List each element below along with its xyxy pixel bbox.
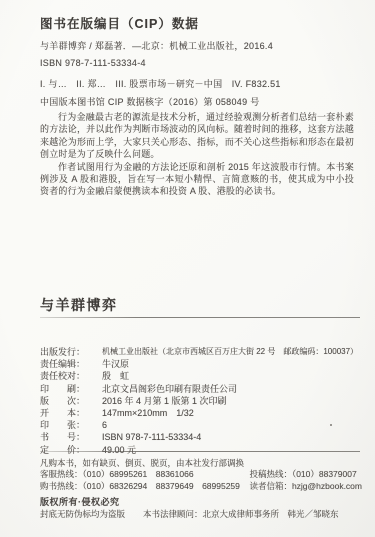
abstract-paragraph-2: 作者试图用行为金融的方法论还原和剖析 2015 年这波股市行情。本书案例涉及 A…	[40, 161, 354, 198]
hotlines-left-column: 客服热线：（010）68995261 88361066 购书热线：（010）68…	[40, 469, 240, 492]
colophon-row-sheets: 印 张： 6	[40, 419, 362, 431]
colophon-row-printer: 印 刷： 北京文昌阁彩色印刷有限责任公司	[40, 383, 362, 395]
colophon-value: 49.00 元	[102, 444, 362, 456]
notice-divider-rule	[40, 451, 360, 452]
submission-hotline: 投稿热线：（010）88379007	[249, 469, 362, 481]
abstract: 行为金融最古老的源流是技术分析，通过经验观测分析者们总结一套朴素的方法论，并以此…	[40, 111, 354, 198]
colophon-label: 责任校对：	[40, 370, 102, 382]
purchase-hotline: 购书热线：（010）68326294 88379649 68995259	[40, 481, 240, 493]
colophon-value: 殷 虹	[102, 370, 362, 382]
cip-heading: 图书在版编目（CIP）数据	[40, 14, 199, 32]
colophon-label: 开 本：	[40, 407, 102, 419]
colophon-label: 责任编辑：	[40, 358, 102, 370]
legal-line: 封底无防伪标均为盗版 本书法律顾问：北京大成律师事务所 韩光／邹晓东	[40, 508, 362, 520]
colophon-label: 印 刷：	[40, 383, 102, 395]
scan-speck	[330, 424, 332, 426]
colophon-value: 机械工业出版社（北京市西城区百万庄大街 22 号 邮政编码：100037）	[102, 346, 362, 358]
colophon-label: 出版发行：	[40, 346, 102, 358]
colophon-label: 定 价：	[40, 444, 102, 456]
reader-email: 读者信箱：hzjg@hzbook.com	[249, 481, 362, 493]
hotlines-right-column: 投稿热线：（010）88379007 读者信箱：hzjg@hzbook.com	[249, 469, 362, 492]
cip-entry: 与羊群博弈 / 郑磊著．—北京：机械工业出版社，2016.4	[40, 39, 273, 52]
copyright-notice: 版权所有·侵权必究	[40, 495, 120, 508]
colophon-value: 6	[102, 419, 362, 431]
classification-line: I. 与… II. 郑… III. 股票市场－研究－中国 IV. F832.51	[40, 77, 281, 90]
cip-record-line: 中国版本图书馆 CIP 数据核字（2016）第 058049 号	[40, 95, 260, 108]
book-copyright-page: 图书在版编目（CIP）数据 与羊群博弈 / 郑磊著．—北京：机械工业出版社，20…	[0, 0, 375, 537]
colophon-value: 147mm×210mm 1/32	[102, 407, 362, 419]
colophon-value: 北京文昌阁彩色印刷有限责任公司	[102, 383, 362, 395]
service-hotline: 客服热线：（010）68995261 88361066	[40, 469, 240, 481]
colophon-row-format: 开 本： 147mm×210mm 1/32	[40, 407, 362, 419]
anti-piracy-notice: 封底无防伪标均为盗版	[40, 508, 125, 520]
colophon-row-edition: 版 次： 2016 年 4 月第 1 版第 1 次印刷	[40, 395, 362, 407]
book-title: 与羊群博弈	[40, 295, 118, 315]
colophon-row-editor: 责任编辑： 牛汉原	[40, 358, 362, 370]
title-divider-rule	[40, 317, 360, 318]
colophon-label: 印 张：	[40, 419, 102, 431]
colophon-value: ISBN 978-7-111-53334-4	[102, 431, 362, 443]
hotlines: 客服热线：（010）68995261 88361066 购书热线：（010）68…	[40, 469, 362, 492]
abstract-paragraph-1: 行为金融最古老的源流是技术分析，通过经验观测分析者们总结一套朴素的方法论，并以此…	[40, 111, 354, 161]
colophon-label: 版 次：	[40, 395, 102, 407]
colophon-value: 牛汉原	[102, 358, 362, 370]
colophon-value: 2016 年 4 月第 1 版第 1 次印刷	[102, 395, 362, 407]
return-notice: 凡购本书，如有缺页、倒页、脱页，由本社发行部调换	[40, 457, 244, 469]
colophon-row-proofreader: 责任校对： 殷 虹	[40, 370, 362, 382]
colophon: 出版发行： 机械工业出版社（北京市西城区百万庄大街 22 号 邮政编码：1000…	[40, 346, 362, 456]
colophon-row-publisher: 出版发行： 机械工业出版社（北京市西城区百万庄大街 22 号 邮政编码：1000…	[40, 346, 362, 358]
colophon-row-price: 定 价： 49.00 元	[40, 444, 362, 456]
isbn-line: ISBN 978-7-111-53334-4	[40, 58, 146, 68]
legal-counsel: 本书法律顾问：北京大成律师事务所 韩光／邹晓东	[143, 508, 339, 520]
colophon-label: 书 号：	[40, 431, 102, 443]
colophon-row-book-number: 书 号： ISBN 978-7-111-53334-4	[40, 431, 362, 443]
